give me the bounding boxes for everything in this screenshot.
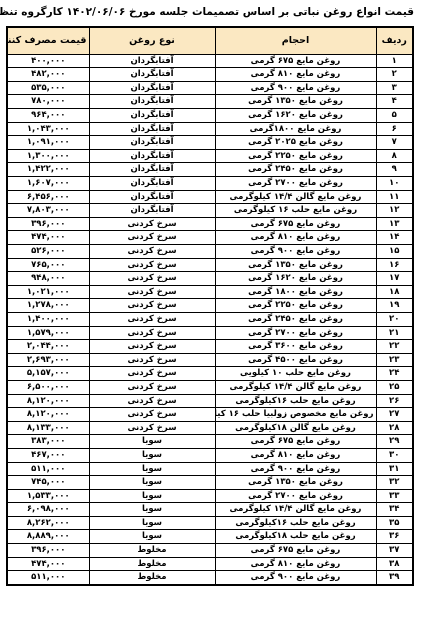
table-row: ۷روغن مایع ۲۰۲۵ گرمیآفتابگردان۱,۰۹۱,۰۰۰ bbox=[7, 136, 413, 150]
price-cell: ۵,۱۵۷,۰۰۰ bbox=[7, 367, 89, 381]
table-row: ۸روغن مایع ۲۲۵۰ گرمیآفتابگردان۱,۳۰۰,۰۰۰ bbox=[7, 149, 413, 163]
row-number-cell: ۱۸ bbox=[376, 285, 413, 299]
volume-cell: روغن مایع ۲۴۵۰ گرمی bbox=[215, 312, 376, 326]
oil-type-cell: آفتابگردان bbox=[89, 190, 215, 204]
oil-type-cell: سرخ کردنی bbox=[89, 231, 215, 245]
oil-type-cell: سویا bbox=[89, 448, 215, 462]
volume-cell: روغن مایع ۲۲۵۰ گرمی bbox=[215, 299, 376, 313]
price-cell: ۱,۰۹۱,۰۰۰ bbox=[7, 136, 89, 150]
volume-cell: روغن مایع گالن ۱۸کیلوگرمی bbox=[215, 421, 376, 435]
volume-cell: روغن مایع ۸۱۰ گرمی bbox=[215, 68, 376, 82]
price-cell: ۱,۵۳۳,۰۰۰ bbox=[7, 489, 89, 503]
price-cell: ۴۰۰,۰۰۰ bbox=[7, 54, 89, 68]
price-cell: ۸,۱۲۰,۰۰۰ bbox=[7, 408, 89, 422]
price-cell: ۷۴۵,۰۰۰ bbox=[7, 476, 89, 490]
oil-type-cell: آفتابگردان bbox=[89, 204, 215, 218]
price-cell: ۳۸۳,۰۰۰ bbox=[7, 435, 89, 449]
row-number-cell: ۱۰ bbox=[376, 177, 413, 191]
volume-cell: روغن مایع ۸۱۰ گرمی bbox=[215, 557, 376, 571]
oil-type-cell: آفتابگردان bbox=[89, 95, 215, 109]
volume-cell: روغن مایع ۸۱۰ گرمی bbox=[215, 231, 376, 245]
volume-cell: روغن مایع ۲۲۵۰ گرمی bbox=[215, 149, 376, 163]
oil-type-cell: سرخ کردنی bbox=[89, 353, 215, 367]
price-cell: ۳۹۶,۰۰۰ bbox=[7, 217, 89, 231]
oil-type-cell: سرخ کردنی bbox=[89, 312, 215, 326]
price-cell: ۴۷۴,۰۰۰ bbox=[7, 557, 89, 571]
oil-type-cell: آفتابگردان bbox=[89, 54, 215, 68]
volume-cell: روغن مایع ۲۰۲۵ گرمی bbox=[215, 136, 376, 150]
row-number-cell: ۳۶ bbox=[376, 530, 413, 544]
oil-type-cell: سرخ کردنی bbox=[89, 299, 215, 313]
price-cell: ۴۸۲,۰۰۰ bbox=[7, 68, 89, 82]
oil-type-cell: سرخ کردنی bbox=[89, 394, 215, 408]
oil-type-cell: آفتابگردان bbox=[89, 136, 215, 150]
row-number-cell: ۲۴ bbox=[376, 367, 413, 381]
volume-cell: روغن مایع ۲۴۵۰ گرمی bbox=[215, 163, 376, 177]
table-row: ۳۳روغن مایع ۲۷۰۰ گرمیسویا۱,۵۳۳,۰۰۰ bbox=[7, 489, 413, 503]
table-header: ردیف احجام نوع روغن قیمت مصرف کننده (ریا… bbox=[7, 27, 413, 55]
table-row: ۱۴روغن مایع ۸۱۰ گرمیسرخ کردنی۴۷۴,۰۰۰ bbox=[7, 231, 413, 245]
table-row: ۳۴روغن مایع گالن ۱۴/۴ کیلوگرمیسویا۶,۰۹۸,… bbox=[7, 503, 413, 517]
row-number-cell: ۲۱ bbox=[376, 326, 413, 340]
oil-type-cell: مخلوط bbox=[89, 544, 215, 558]
table-row: ۳۲روغن مایع ۱۳۵۰ گرمیسویا۷۴۵,۰۰۰ bbox=[7, 476, 413, 490]
volume-cell: روغن مایع ۲۷۰۰ گرمی bbox=[215, 489, 376, 503]
table-row: ۱۵روغن مایع ۹۰۰ گرمیسرخ کردنی۵۲۶,۰۰۰ bbox=[7, 245, 413, 259]
oil-price-table: ردیف احجام نوع روغن قیمت مصرف کننده (ریا… bbox=[6, 26, 414, 586]
row-number-cell: ۲۸ bbox=[376, 421, 413, 435]
volume-cell: روغن مایع گالن ۱۴/۴ کیلوگرمی bbox=[215, 190, 376, 204]
volume-cell: روغن مایع ۸۱۰ گرمی bbox=[215, 448, 376, 462]
volume-cell: روغن مایع ۱۶۲۰ گرمی bbox=[215, 272, 376, 286]
table-row: ۳۶روغن مایع حلب ۱۸کیلوگرمیسویا۸,۸۸۹,۰۰۰ bbox=[7, 530, 413, 544]
volume-cell: روغن مایع ۶۷۵ گرمی bbox=[215, 435, 376, 449]
table-row: ۱۸روغن مایع ۱۸۰۰ گرمیسرخ کردنی۱,۰۲۱,۰۰۰ bbox=[7, 285, 413, 299]
row-number-cell: ۳۵ bbox=[376, 516, 413, 530]
table-row: ۱۹روغن مایع ۲۲۵۰ گرمیسرخ کردنی۱,۲۷۸,۰۰۰ bbox=[7, 299, 413, 313]
oil-type-cell: آفتابگردان bbox=[89, 109, 215, 123]
price-cell: ۷۸۰,۰۰۰ bbox=[7, 95, 89, 109]
price-cell: ۳۹۶,۰۰۰ bbox=[7, 544, 89, 558]
table-row: ۲۶روغن مایع حلب ۱۶کیلوگرمیسرخ کردنی۸,۱۲۰… bbox=[7, 394, 413, 408]
oil-type-cell: مخلوط bbox=[89, 557, 215, 571]
table-row: ۲۲روغن مایع ۳۶۰۰ گرمیسرخ کردنی۲,۰۴۴,۰۰۰ bbox=[7, 340, 413, 354]
table-row: ۴روغن مایع ۱۳۵۰ گرمیآفتابگردان۷۸۰,۰۰۰ bbox=[7, 95, 413, 109]
row-number-cell: ۳ bbox=[376, 81, 413, 95]
volume-cell: روغن مایع حلب ۱۰ کیلویی bbox=[215, 367, 376, 381]
price-cell: ۶,۴۵۶,۰۰۰ bbox=[7, 190, 89, 204]
price-cell: ۲,۰۴۴,۰۰۰ bbox=[7, 340, 89, 354]
table-row: ۳۰روغن مایع ۸۱۰ گرمیسویا۴۶۷,۰۰۰ bbox=[7, 448, 413, 462]
table-row: ۱۱روغن مایع گالن ۱۴/۴ کیلوگرمیآفتابگردان… bbox=[7, 190, 413, 204]
price-cell: ۶,۵۰۰,۰۰۰ bbox=[7, 380, 89, 394]
row-number-cell: ۲۳ bbox=[376, 353, 413, 367]
volume-cell: روغن مایع ۶۷۵ گرمی bbox=[215, 217, 376, 231]
table-row: ۵روغن مایع ۱۶۲۰ گرمیآفتابگردان۹۶۴,۰۰۰ bbox=[7, 109, 413, 123]
volume-cell: روغن مایع ۹۰۰ گرمی bbox=[215, 571, 376, 585]
volume-cell: روغن مایع گالن ۱۴/۴ کیلوگرمی bbox=[215, 503, 376, 517]
price-cell: ۶,۰۹۸,۰۰۰ bbox=[7, 503, 89, 517]
table-row: ۱روغن مایع ۶۷۵ گرمیآفتابگردان۴۰۰,۰۰۰ bbox=[7, 54, 413, 68]
column-header-oil-type: نوع روغن bbox=[89, 27, 215, 55]
volume-cell: روغن مایع ۲۷۰۰ گرمی bbox=[215, 326, 376, 340]
oil-type-cell: سرخ کردنی bbox=[89, 408, 215, 422]
price-cell: ۱,۵۷۹,۰۰۰ bbox=[7, 326, 89, 340]
oil-type-cell: آفتابگردان bbox=[89, 68, 215, 82]
price-cell: ۲,۶۹۳,۰۰۰ bbox=[7, 353, 89, 367]
price-cell: ۱,۴۲۲,۰۰۰ bbox=[7, 163, 89, 177]
row-number-cell: ۲۹ bbox=[376, 435, 413, 449]
row-number-cell: ۲۵ bbox=[376, 380, 413, 394]
price-cell: ۱,۳۰۰,۰۰۰ bbox=[7, 149, 89, 163]
volume-cell: روغن مایع حلب ۱۶ کیلوگرمی bbox=[215, 204, 376, 218]
row-number-cell: ۳۹ bbox=[376, 571, 413, 585]
row-number-cell: ۲۰ bbox=[376, 312, 413, 326]
table-body: ۱روغن مایع ۶۷۵ گرمیآفتابگردان۴۰۰,۰۰۰۲روغ… bbox=[7, 54, 413, 585]
price-cell: ۱,۴۰۰,۰۰۰ bbox=[7, 312, 89, 326]
volume-cell: روغن مایع ۳۶۰۰ گرمی bbox=[215, 340, 376, 354]
price-cell: ۱,۲۷۸,۰۰۰ bbox=[7, 299, 89, 313]
row-number-cell: ۳۷ bbox=[376, 544, 413, 558]
oil-type-cell: آفتابگردان bbox=[89, 149, 215, 163]
table-row: ۲۷روغن مایع مخصوص زولبیا حلب ۱۶ کیلوگرمی… bbox=[7, 408, 413, 422]
volume-cell: روغن مایع ۱۳۵۰ گرمی bbox=[215, 95, 376, 109]
row-number-cell: ۴ bbox=[376, 95, 413, 109]
oil-type-cell: آفتابگردان bbox=[89, 163, 215, 177]
price-cell: ۸,۱۳۳,۰۰۰ bbox=[7, 421, 89, 435]
oil-type-cell: سویا bbox=[89, 516, 215, 530]
row-number-cell: ۲۲ bbox=[376, 340, 413, 354]
row-number-cell: ۲۶ bbox=[376, 394, 413, 408]
row-number-cell: ۱۲ bbox=[376, 204, 413, 218]
table-row: ۱۷روغن مایع ۱۶۲۰ گرمیسرخ کردنی۹۴۸,۰۰۰ bbox=[7, 272, 413, 286]
row-number-cell: ۱۶ bbox=[376, 258, 413, 272]
column-header-price: قیمت مصرف کننده (ریال) bbox=[7, 27, 89, 55]
row-number-cell: ۲۷ bbox=[376, 408, 413, 422]
oil-type-cell: مخلوط bbox=[89, 571, 215, 585]
volume-cell: روغن مایع ۹۰۰ گرمی bbox=[215, 245, 376, 259]
page-title: قیمت انواع روغن نباتی بر اساس تصمیمات جل… bbox=[8, 5, 414, 20]
volume-cell: روغن مایع ۶۷۵ گرمی bbox=[215, 54, 376, 68]
volume-cell: روغن مایع حلب ۱۶کیلوگرمی bbox=[215, 516, 376, 530]
price-cell: ۹۴۸,۰۰۰ bbox=[7, 272, 89, 286]
table-header-row: ردیف احجام نوع روغن قیمت مصرف کننده (ریا… bbox=[7, 27, 413, 55]
table-row: ۲۸روغن مایع گالن ۱۸کیلوگرمیسرخ کردنی۸,۱۳… bbox=[7, 421, 413, 435]
price-cell: ۷۶۵,۰۰۰ bbox=[7, 258, 89, 272]
column-header-row-number: ردیف bbox=[376, 27, 413, 55]
volume-cell: روغن مایع حلب ۱۶کیلوگرمی bbox=[215, 394, 376, 408]
volume-cell: روغن مایع ۱۸۰۰گرمی bbox=[215, 122, 376, 136]
row-number-cell: ۳۲ bbox=[376, 476, 413, 490]
row-number-cell: ۱۱ bbox=[376, 190, 413, 204]
row-number-cell: ۱۹ bbox=[376, 299, 413, 313]
table-row: ۲روغن مایع ۸۱۰ گرمیآفتابگردان۴۸۲,۰۰۰ bbox=[7, 68, 413, 82]
oil-type-cell: سویا bbox=[89, 462, 215, 476]
row-number-cell: ۵ bbox=[376, 109, 413, 123]
volume-cell: روغن مایع ۱۶۲۰ گرمی bbox=[215, 109, 376, 123]
row-number-cell: ۳۱ bbox=[376, 462, 413, 476]
table-row: ۲۹روغن مایع ۶۷۵ گرمیسویا۳۸۳,۰۰۰ bbox=[7, 435, 413, 449]
table-row: ۳۸روغن مایع ۸۱۰ گرمیمخلوط۴۷۴,۰۰۰ bbox=[7, 557, 413, 571]
volume-cell: روغن مایع ۱۸۰۰ گرمی bbox=[215, 285, 376, 299]
table-row: ۱۰روغن مایع ۲۷۰۰ گرمیآفتابگردان۱,۶۰۷,۰۰۰ bbox=[7, 177, 413, 191]
row-number-cell: ۳۴ bbox=[376, 503, 413, 517]
row-number-cell: ۹ bbox=[376, 163, 413, 177]
price-cell: ۱,۰۲۱,۰۰۰ bbox=[7, 285, 89, 299]
document-page: قیمت انواع روغن نباتی بر اساس تصمیمات جل… bbox=[0, 0, 422, 640]
volume-cell: روغن مایع ۱۳۵۰ گرمی bbox=[215, 476, 376, 490]
price-cell: ۱,۰۴۳,۰۰۰ bbox=[7, 122, 89, 136]
table-row: ۳۹روغن مایع ۹۰۰ گرمیمخلوط۵۱۱,۰۰۰ bbox=[7, 571, 413, 585]
price-cell: ۸,۸۸۹,۰۰۰ bbox=[7, 530, 89, 544]
row-number-cell: ۱ bbox=[376, 54, 413, 68]
volume-cell: روغن مایع ۱۳۵۰ گرمی bbox=[215, 258, 376, 272]
row-number-cell: ۸ bbox=[376, 149, 413, 163]
oil-type-cell: سرخ کردنی bbox=[89, 380, 215, 394]
table-row: ۲۰روغن مایع ۲۴۵۰ گرمیسرخ کردنی۱,۴۰۰,۰۰۰ bbox=[7, 312, 413, 326]
price-cell: ۸,۲۶۲,۰۰۰ bbox=[7, 516, 89, 530]
volume-cell: روغن مایع مخصوص زولبیا حلب ۱۶ کیلوگرمی bbox=[215, 408, 376, 422]
row-number-cell: ۶ bbox=[376, 122, 413, 136]
price-cell: ۵۱۱,۰۰۰ bbox=[7, 462, 89, 476]
volume-cell: روغن مایع ۹۰۰ گرمی bbox=[215, 462, 376, 476]
table-row: ۲۵روغن مایع گالن ۱۴/۴ کیلوگرمیسرخ کردنی۶… bbox=[7, 380, 413, 394]
oil-type-cell: سرخ کردنی bbox=[89, 340, 215, 354]
price-cell: ۷,۸۰۳,۰۰۰ bbox=[7, 204, 89, 218]
table-row: ۳۵روغن مایع حلب ۱۶کیلوگرمیسویا۸,۲۶۲,۰۰۰ bbox=[7, 516, 413, 530]
oil-type-cell: آفتابگردان bbox=[89, 177, 215, 191]
price-cell: ۱,۶۰۷,۰۰۰ bbox=[7, 177, 89, 191]
table-row: ۲۴روغن مایع حلب ۱۰ کیلوییسرخ کردنی۵,۱۵۷,… bbox=[7, 367, 413, 381]
table-row: ۶روغن مایع ۱۸۰۰گرمیآفتابگردان۱,۰۴۳,۰۰۰ bbox=[7, 122, 413, 136]
table-row: ۹روغن مایع ۲۴۵۰ گرمیآفتابگردان۱,۴۲۲,۰۰۰ bbox=[7, 163, 413, 177]
price-cell: ۵۲۶,۰۰۰ bbox=[7, 245, 89, 259]
table-row: ۲۳روغن مایع ۴۵۰۰ گرمیسرخ کردنی۲,۶۹۳,۰۰۰ bbox=[7, 353, 413, 367]
oil-type-cell: سرخ کردنی bbox=[89, 285, 215, 299]
price-cell: ۹۶۴,۰۰۰ bbox=[7, 109, 89, 123]
row-number-cell: ۳۸ bbox=[376, 557, 413, 571]
row-number-cell: ۲ bbox=[376, 68, 413, 82]
table-row: ۲۱روغن مایع ۲۷۰۰ گرمیسرخ کردنی۱,۵۷۹,۰۰۰ bbox=[7, 326, 413, 340]
oil-type-cell: آفتابگردان bbox=[89, 81, 215, 95]
price-cell: ۴۷۴,۰۰۰ bbox=[7, 231, 89, 245]
volume-cell: روغن مایع حلب ۱۸کیلوگرمی bbox=[215, 530, 376, 544]
oil-type-cell: سویا bbox=[89, 530, 215, 544]
price-cell: ۸,۱۲۰,۰۰۰ bbox=[7, 394, 89, 408]
oil-type-cell: سویا bbox=[89, 476, 215, 490]
row-number-cell: ۱۳ bbox=[376, 217, 413, 231]
oil-type-cell: سرخ کردنی bbox=[89, 245, 215, 259]
row-number-cell: ۱۴ bbox=[376, 231, 413, 245]
oil-type-cell: سویا bbox=[89, 489, 215, 503]
oil-type-cell: سرخ کردنی bbox=[89, 272, 215, 286]
volume-cell: روغن مایع ۹۰۰ گرمی bbox=[215, 81, 376, 95]
oil-type-cell: سویا bbox=[89, 503, 215, 517]
table-row: ۳۷روغن مایع ۶۷۵ گرمیمخلوط۳۹۶,۰۰۰ bbox=[7, 544, 413, 558]
price-cell: ۵۳۵,۰۰۰ bbox=[7, 81, 89, 95]
price-cell: ۴۶۷,۰۰۰ bbox=[7, 448, 89, 462]
oil-type-cell: سرخ کردنی bbox=[89, 217, 215, 231]
price-cell: ۵۱۱,۰۰۰ bbox=[7, 571, 89, 585]
row-number-cell: ۱۵ bbox=[376, 245, 413, 259]
volume-cell: روغن مایع گالن ۱۴/۴ کیلوگرمی bbox=[215, 380, 376, 394]
table-row: ۳روغن مایع ۹۰۰ گرمیآفتابگردان۵۳۵,۰۰۰ bbox=[7, 81, 413, 95]
oil-type-cell: سرخ کردنی bbox=[89, 258, 215, 272]
volume-cell: روغن مایع ۴۵۰۰ گرمی bbox=[215, 353, 376, 367]
volume-cell: روغن مایع ۲۷۰۰ گرمی bbox=[215, 177, 376, 191]
table-row: ۱۳روغن مایع ۶۷۵ گرمیسرخ کردنی۳۹۶,۰۰۰ bbox=[7, 217, 413, 231]
table-row: ۱۶روغن مایع ۱۳۵۰ گرمیسرخ کردنی۷۶۵,۰۰۰ bbox=[7, 258, 413, 272]
row-number-cell: ۳۰ bbox=[376, 448, 413, 462]
oil-type-cell: سرخ کردنی bbox=[89, 367, 215, 381]
oil-type-cell: سویا bbox=[89, 435, 215, 449]
row-number-cell: ۷ bbox=[376, 136, 413, 150]
column-header-volume: احجام bbox=[215, 27, 376, 55]
oil-type-cell: آفتابگردان bbox=[89, 122, 215, 136]
table-row: ۳۱روغن مایع ۹۰۰ گرمیسویا۵۱۱,۰۰۰ bbox=[7, 462, 413, 476]
table-row: ۱۲روغن مایع حلب ۱۶ کیلوگرمیآفتابگردان۷,۸… bbox=[7, 204, 413, 218]
row-number-cell: ۳۳ bbox=[376, 489, 413, 503]
row-number-cell: ۱۷ bbox=[376, 272, 413, 286]
volume-cell: روغن مایع ۶۷۵ گرمی bbox=[215, 544, 376, 558]
oil-type-cell: سرخ کردنی bbox=[89, 421, 215, 435]
oil-type-cell: سرخ کردنی bbox=[89, 326, 215, 340]
